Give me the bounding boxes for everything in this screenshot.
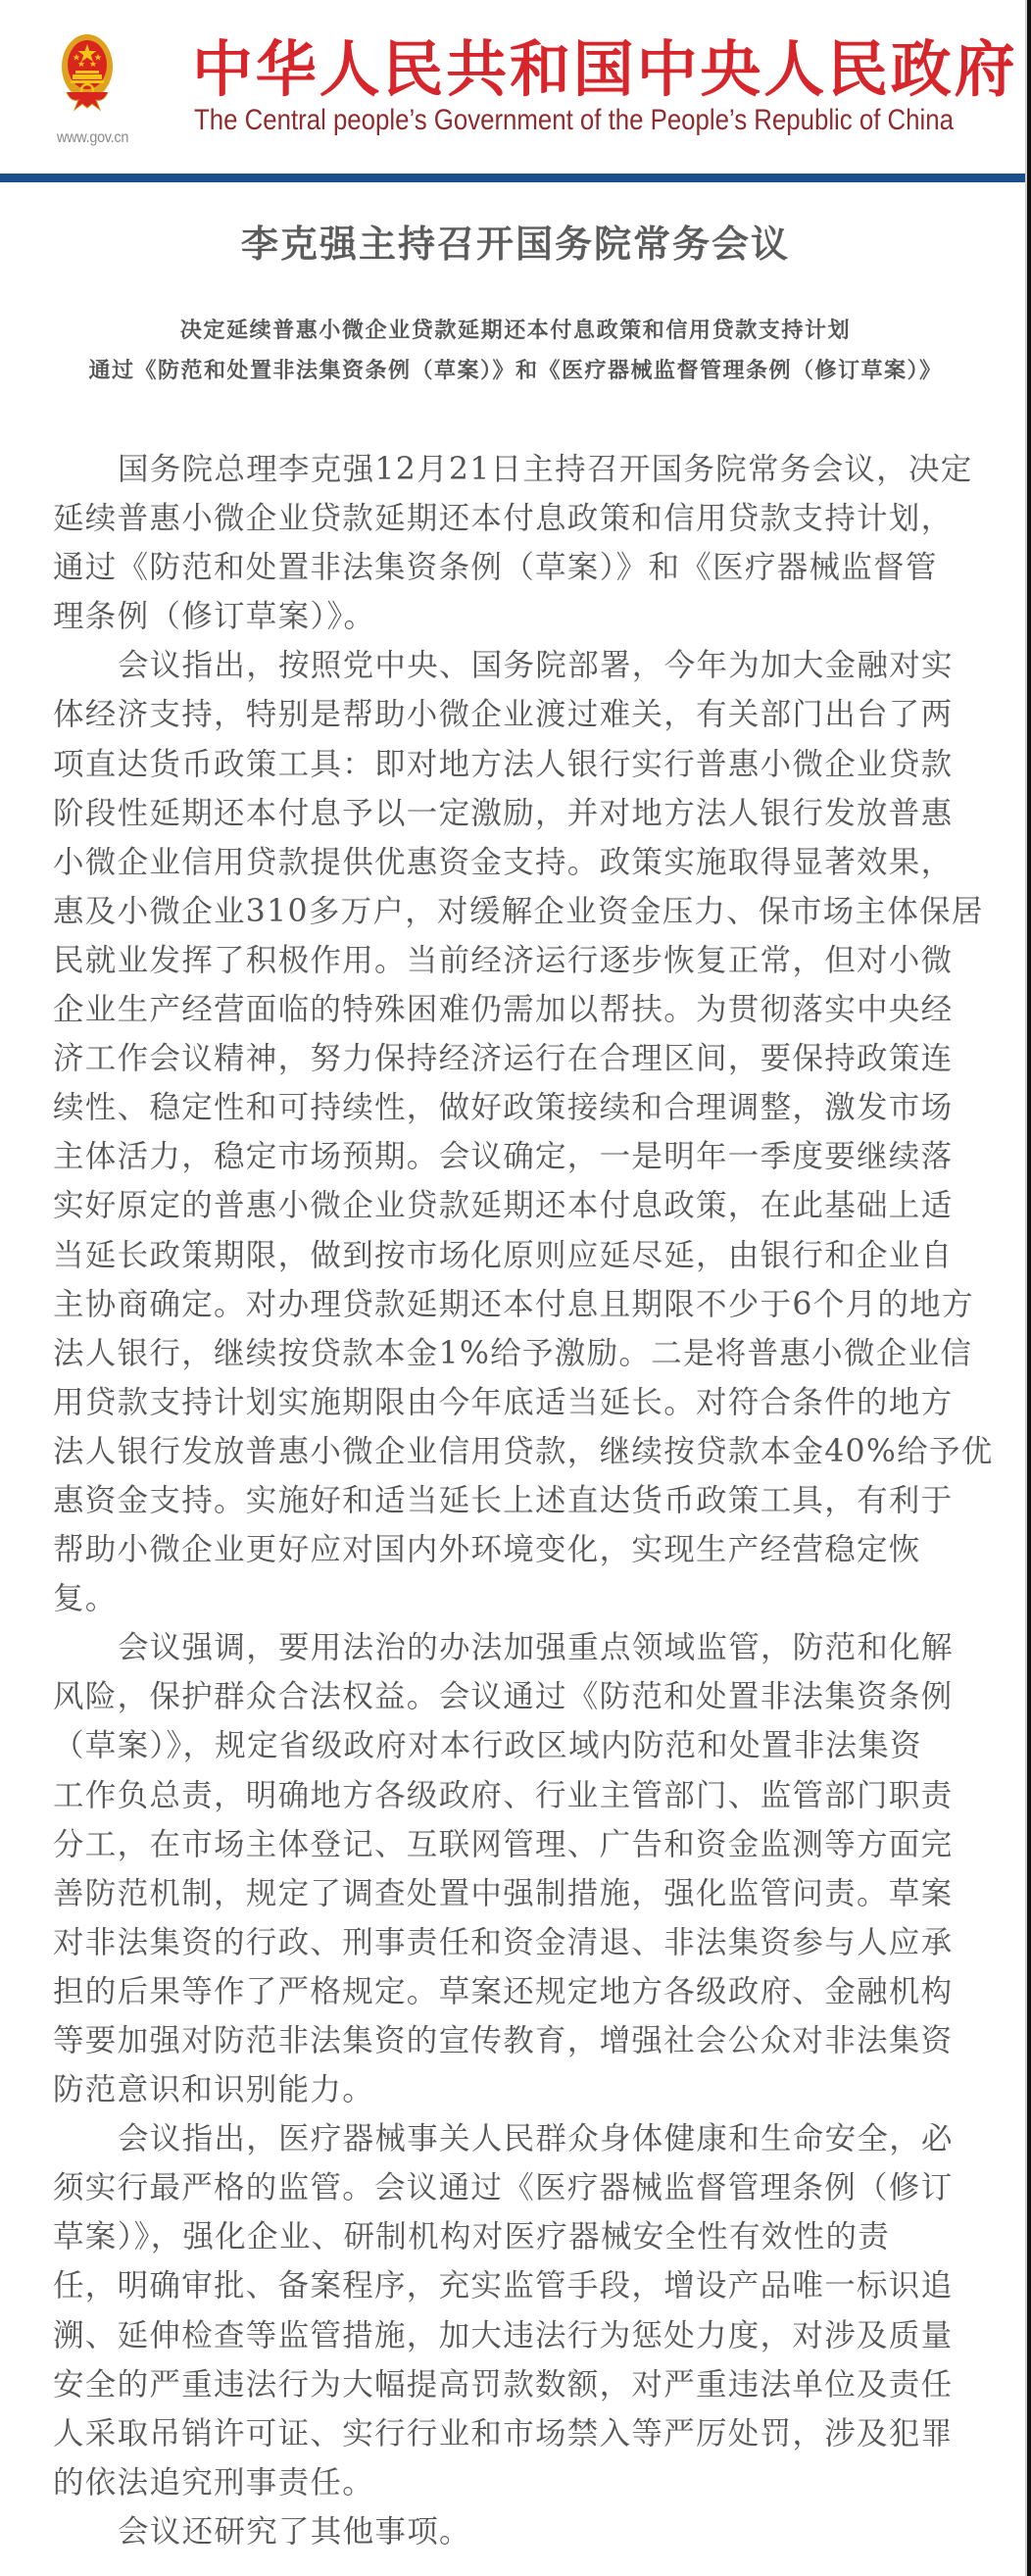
body-text-line: 企业生产经营面临的特殊困难仍需加以帮扶。为贯彻落实中央经 xyxy=(53,985,1023,1034)
body-text-line: 等要加强对防范非法集资的宣传教育，增强社会公众对非法集资 xyxy=(53,2016,1023,2065)
body-text-line: 小微企业信用贷款提供优惠资金支持。政策实施取得显著效果， xyxy=(53,838,1023,887)
body-text-line: 阶段性延期还本付息予以一定激励，并对地方法人银行发放普惠 xyxy=(53,789,1023,838)
body-text-line: 理条例（修订草案）》。 xyxy=(53,592,1023,641)
body-text-line: 项直达货币政策工具：即对地方法人银行实行普惠小微企业贷款 xyxy=(53,740,1023,789)
body-text-line: 的依法追究刑事责任。 xyxy=(53,2458,1023,2507)
body-text-line: 当延长政策期限，做到按市场化原则应延尽延，由银行和企业自 xyxy=(53,1231,1023,1280)
article-title: 李克强主持召开国务院常务会议 xyxy=(0,222,1031,267)
body-text-line: 分工，在市场主体登记、互联网管理、广告和资金监测等方面完 xyxy=(53,1820,1023,1869)
government-title-en: The Central people’s Government of the P… xyxy=(194,104,954,137)
body-text-line: 济工作会议精神，努力保持经济运行在合理区间，要保持政策连 xyxy=(53,1034,1023,1083)
article-subheading: 通过《防范和处置非法集资条例（草案）》和《医疗器械监督管理条例（修订草案）》 xyxy=(0,358,1031,385)
body-text-line: 主体活力，稳定市场预期。会议确定，一是明年一季度要继续落 xyxy=(53,1132,1023,1181)
article-body: 国务院总理李克强12月21日主持召开国务院常务会议，决定延续普惠小微企业贷款延期… xyxy=(53,445,1023,2556)
body-text-line: 主协商确定。对办理贷款延期还本付息且期限不少于6个月的地方 xyxy=(53,1280,1023,1329)
body-text-line: 国务院总理李克强12月21日主持召开国务院常务会议，决定 xyxy=(53,445,1023,494)
national-emblem-icon xyxy=(61,31,114,114)
government-title-cn: 中华人民共和国中央人民政府 xyxy=(192,35,1017,104)
body-text-line: 复。 xyxy=(53,1574,1023,1623)
site-header: www.gov.cn 中华人民共和国中央人民政府 The Central peo… xyxy=(0,0,1025,173)
body-text-line: 民就业发挥了积极作用。当前经济运行逐步恢复正常，但对小微 xyxy=(53,936,1023,985)
body-text-line: （草案）》，规定省级政府对本行政区域内防范和处置非法集资 xyxy=(53,1721,1023,1770)
body-text-line: 法人银行发放普惠小微企业信用贷款，继续按贷款本金40%给予优 xyxy=(53,1427,1023,1476)
header-divider xyxy=(0,173,1025,182)
body-text-line: 风险，保护群众合法权益。会议通过《防范和处置非法集资条例 xyxy=(53,1672,1023,1721)
body-text-line: 会议指出，按照党中央、国务院部署，今年为加大金融对实 xyxy=(53,641,1023,690)
body-text-line: 任，明确审批、备案程序，充实监管手段，增设产品唯一标识追 xyxy=(53,2261,1023,2310)
body-text-line: 惠及小微企业310多万户，对缓解企业资金压力、保市场主体保居 xyxy=(53,887,1023,936)
body-text-line: 防范意识和识别能力。 xyxy=(53,2065,1023,2114)
body-text-line: 担的后果等作了严格规定。草案还规定地方各级政府、金融机构 xyxy=(53,1967,1023,2016)
body-text-line: 草案）》，强化企业、研制机构对医疗器械安全性有效性的责 xyxy=(53,2212,1023,2261)
body-text-line: 会议强调，要用法治的办法加强重点领域监管，防范和化解 xyxy=(53,1623,1023,1672)
body-text-line: 用贷款支持计划实施期限由今年底适当延长。对符合条件的地方 xyxy=(53,1378,1023,1427)
body-text-line: 惠资金支持。实施好和适当延长上述直达货币政策工具，有利于 xyxy=(53,1476,1023,1525)
body-text-line: 续性、稳定性和可持续性，做好政策接续和合理调整，激发市场 xyxy=(53,1083,1023,1132)
body-text-line: 会议指出，医疗器械事关人民群众身体健康和生命安全，必 xyxy=(53,2114,1023,2163)
body-text-line: 法人银行，继续按贷款本金1%给予激励。二是将普惠小微企业信 xyxy=(53,1329,1023,1378)
body-text-line: 通过《防范和处置非法集资条例（草案）》和《医疗器械监督管 xyxy=(53,543,1023,592)
body-text-line: 须实行最严格的监管。会议通过《医疗器械监督管理条例（修订 xyxy=(53,2163,1023,2212)
body-text-line: 体经济支持，特别是帮助小微企业渡过难关，有关部门出台了两 xyxy=(53,690,1023,739)
site-url: www.gov.cn xyxy=(57,129,136,147)
body-text-line: 会议还研究了其他事项。 xyxy=(53,2507,1023,2556)
body-text-line: 工作负总责，明确地方各级政府、行业主管部门、监管部门职责 xyxy=(53,1771,1023,1820)
body-text-line: 溯、延伸检查等监管措施，加大违法行为惩处力度，对涉及质量 xyxy=(53,2311,1023,2360)
body-text-line: 帮助小微企业更好应对国内外环境变化，实现生产经营稳定恢 xyxy=(53,1525,1023,1574)
body-text-line: 安全的严重违法行为大幅提高罚款数额，对严重违法单位及责任 xyxy=(53,2360,1023,2409)
page-right-edge xyxy=(1027,0,1031,2576)
article-subheading: 决定延续普惠小微企业贷款延期还本付息政策和信用贷款支持计划 xyxy=(0,318,1031,345)
body-text-line: 实好原定的普惠小微企业贷款延期还本付息政策，在此基础上适 xyxy=(53,1181,1023,1230)
body-text-line: 对非法集资的行政、刑事责任和资金清退、非法集资参与人应承 xyxy=(53,1918,1023,1967)
body-text-line: 延续普惠小微企业贷款延期还本付息政策和信用贷款支持计划， xyxy=(53,494,1023,543)
body-text-line: 人采取吊销许可证、实行行业和市场禁入等严厉处罚，涉及犯罪 xyxy=(53,2409,1023,2458)
body-text-line: 善防范机制，规定了调查处置中强制措施，强化监管问责。草案 xyxy=(53,1869,1023,1918)
